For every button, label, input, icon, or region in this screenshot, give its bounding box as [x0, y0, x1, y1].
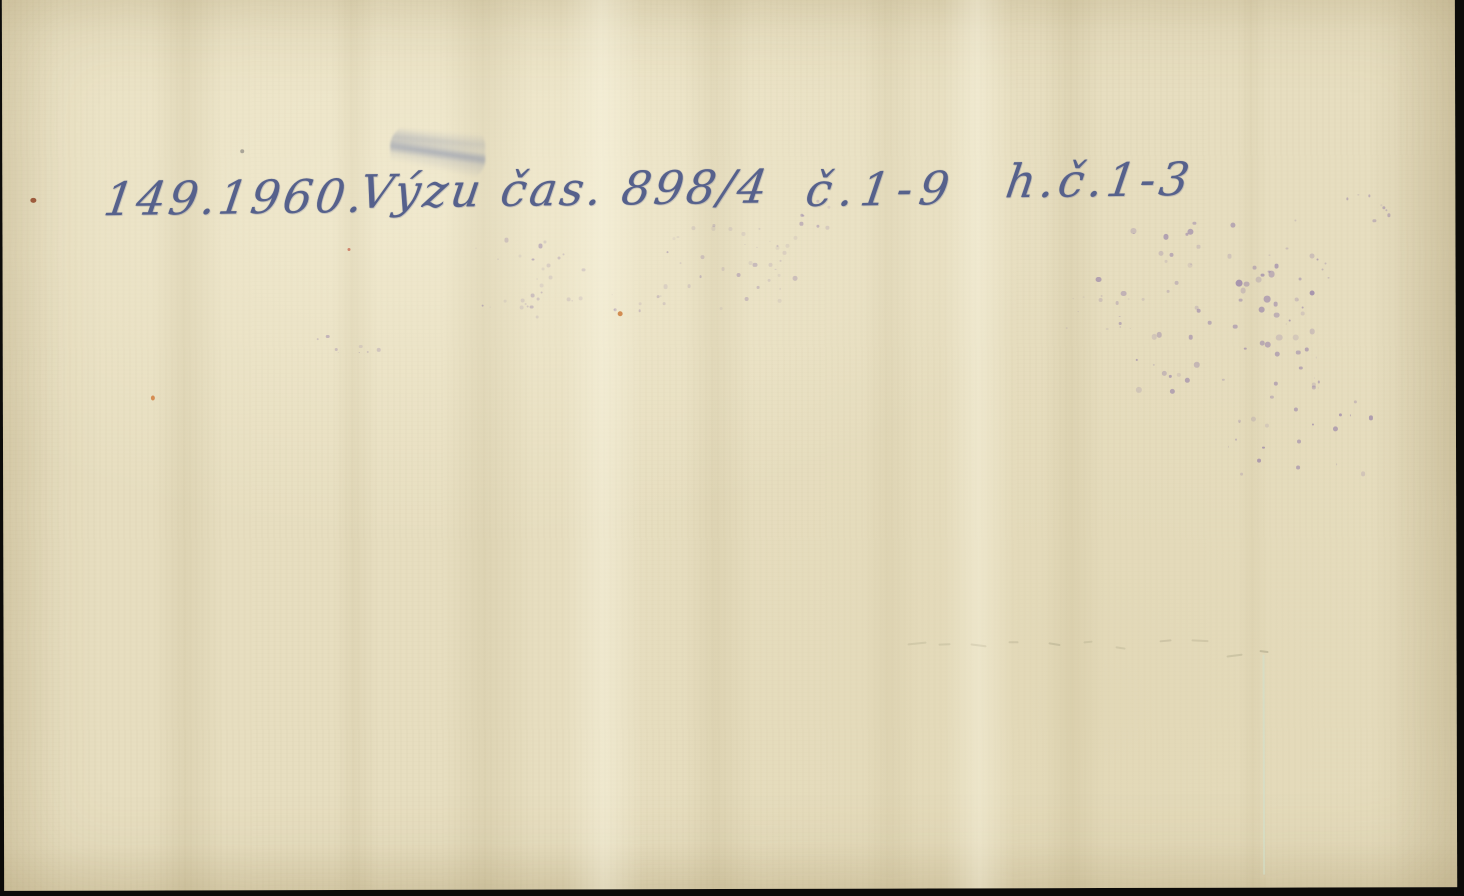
paper-streak — [562, 0, 644, 889]
scanner-background: 149.1960. Výzu čas. 898/4 č.1-9 h.č.1-3 — [0, 0, 1464, 896]
paper-speck — [347, 248, 350, 251]
paper-speck — [151, 396, 155, 401]
paper-streak — [682, 0, 754, 889]
paper-speck — [240, 149, 244, 153]
paper-streak — [332, 0, 379, 890]
paper-streak — [152, 0, 224, 891]
paper-speck — [618, 311, 623, 316]
handwriting-ref-number: 149.1960. — [101, 169, 370, 227]
handwriting-part-range: h.č.1-3 — [1002, 152, 1197, 209]
handwriting-issue-range: č.1-9 — [802, 161, 959, 217]
paper-streak — [1042, 0, 1104, 888]
paper-streak — [862, 0, 919, 889]
paper-card: 149.1960. Výzu čas. 898/4 č.1-9 h.č.1-3 — [2, 0, 1457, 891]
handwriting-title: Výzu čas. 898/4 — [356, 159, 773, 218]
paper-streak — [942, 0, 1014, 888]
paper-speck — [30, 198, 36, 203]
